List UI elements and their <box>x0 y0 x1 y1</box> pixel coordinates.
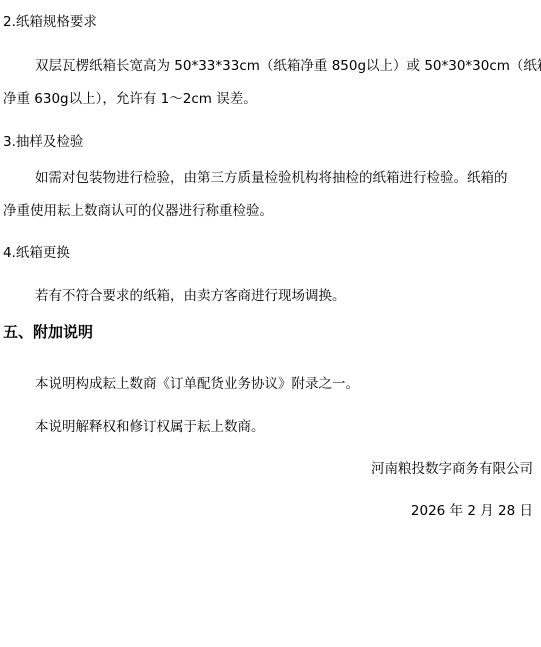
note-line: 本说明构成耘上数商《订单配货业务协议》附录之一。 <box>35 375 359 393</box>
paragraph-line: 净重使用耘上数商认可的仪器进行称重检验。 <box>3 202 273 220</box>
paragraph-line: 若有不符合要求的纸箱，由卖方客商进行现场调换。 <box>35 287 346 305</box>
chapter-heading: 五、附加说明 <box>3 323 93 341</box>
note-line: 本说明解释权和修订权属于耘上数商。 <box>35 418 265 436</box>
section-heading-sampling: 3.抽样及检验 <box>3 133 83 151</box>
section-heading-replacement: 4.纸箱更换 <box>3 244 70 262</box>
paragraph-line: 如需对包装物进行检验，由第三方质量检验机构将抽检的纸箱进行检验。纸箱的 <box>35 169 508 187</box>
signature-date: 2026 年 2 月 28 日 <box>411 502 533 520</box>
signature-company: 河南粮投数字商务有限公司 <box>371 460 533 478</box>
paragraph-line: 双层瓦楞纸箱长宽高为 50*33*33cm（纸箱净重 850g以上）或 50*3… <box>35 57 541 75</box>
section-heading-box-spec: 2.纸箱规格要求 <box>3 13 97 31</box>
paragraph-line: 净重 630g以上），允许有 1～2cm 误差。 <box>3 90 257 108</box>
